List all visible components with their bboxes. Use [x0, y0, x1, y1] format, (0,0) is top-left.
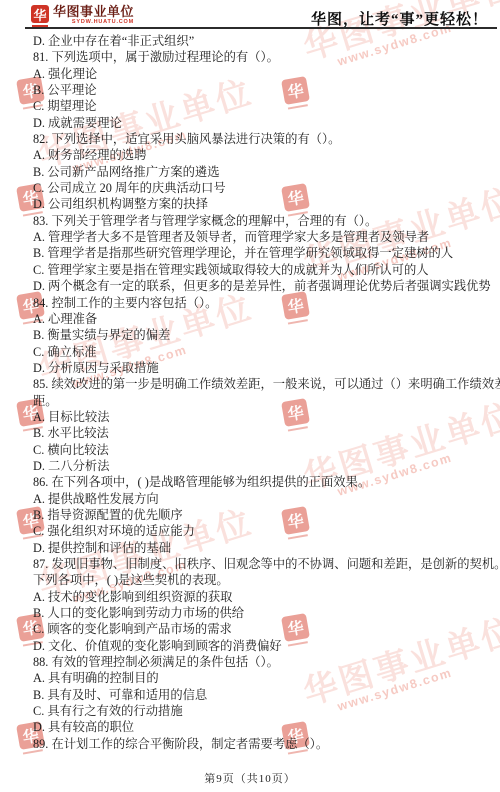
text-line: 86. 在下列各项中，( )是战略管理能够为组织提供的正面效果。 — [33, 474, 490, 490]
logo-glyph: 华 — [33, 5, 46, 24]
huatu-logo: 华 华图事业单位 SYDW.HUATU.COM — [31, 5, 134, 25]
text-line: 下列各项中，( )是这些契机的表现。 — [33, 572, 490, 588]
text-line: A. 心理准备 — [33, 311, 490, 327]
text-line: B. 具有及时、可靠和适用的信息 — [33, 687, 490, 703]
text-line: C. 确立标准 — [33, 344, 490, 360]
header-slogan: 华图，让考“事”更轻松！ — [311, 8, 488, 29]
text-line: D. 文化、价值观的变化影响到顾客的消费偏好 — [33, 638, 490, 654]
text-line: A. 财务部经理的选聘 — [33, 147, 490, 163]
page-footer: 第9页（共10页） — [0, 770, 500, 786]
text-line: A. 技术的变化影响到组织资源的获取 — [33, 589, 490, 605]
logo-name: 华图事业单位 — [53, 5, 134, 18]
logo-text-block: 华图事业单位 SYDW.HUATU.COM — [53, 5, 134, 25]
text-line: A. 提供战略性发展方向 — [33, 491, 490, 507]
logo-domain: SYDW.HUATU.COM — [53, 19, 134, 25]
text-line: C. 管理学家主要是指在管理实践领域取得较大的成就并为人们所认可的人 — [33, 262, 490, 278]
text-line: 88. 有效的管理控制必须满足的条件包括（）。 — [33, 654, 490, 670]
page-number: 第9页（共10页） — [204, 773, 296, 785]
text-line: B. 公平理论 — [33, 82, 490, 98]
text-line: B. 管理学者是指那些研究管理学理论，并在管理学研究领域取得一定建树的人 — [33, 245, 490, 261]
text-line: C. 顾客的变化影响到产品市场的需求 — [33, 621, 490, 637]
text-line: B. 公司新产品网络推广方案的遴选 — [33, 164, 490, 180]
text-line: A. 目标比较法 — [33, 409, 490, 425]
text-line: D. 分析原因与采取措施 — [33, 360, 490, 376]
text-line: C. 公司成立 20 周年的庆典活动口号 — [33, 180, 490, 196]
text-line: A. 强化理论 — [33, 66, 490, 82]
text-line: B. 人口的变化影响到劳动力市场的供给 — [33, 605, 490, 621]
text-line: B. 衡量实绩与界定的偏差 — [33, 327, 490, 343]
text-line: D. 二八分析法 — [33, 458, 490, 474]
text-line: 81. 下列选项中，属于激励过程理论的有（）。 — [33, 49, 490, 65]
text-line: 87. 发现旧事物、旧制度、旧秩序、旧观念等中的不协调、问题和差距，是创新的契机… — [33, 556, 490, 572]
text-line: D. 成就需要理论 — [33, 115, 490, 131]
text-line: C. 强化组织对环境的适应能力 — [33, 523, 490, 539]
text-line: C. 具有行之有效的行动措施 — [33, 703, 490, 719]
text-line: 89. 在计划工作的综合平衡阶段，制定者需要考虑（）。 — [33, 736, 490, 752]
text-line: 83. 下列关于管理学者与管理学家概念的理解中，合理的有（）。 — [33, 213, 490, 229]
text-line: D. 企业中存在着“非正式组织” — [33, 33, 490, 49]
text-line: 84. 控制工作的主要内容包括（）。 — [33, 295, 490, 311]
exam-page: 华华华图事业单位www.sydw8.com华华华图事业单位www.sydw8.c… — [0, 0, 500, 792]
text-line: C. 期望理论 — [33, 98, 490, 114]
text-line: 距。 — [33, 393, 490, 409]
text-line: B. 指导资源配置的优先顺序 — [33, 507, 490, 523]
text-line: D. 两个概念有一定的联系，但更多的是差异性，前者强调理论优势后者强调实践优势 — [33, 278, 490, 294]
text-line: A. 具有明确的控制目的 — [33, 670, 490, 686]
huatu-logo-icon: 华 — [31, 5, 49, 23]
text-line: B. 水平比较法 — [33, 425, 490, 441]
text-line: D. 具有较高的职位 — [33, 719, 490, 735]
text-line: D. 公司组织机构调整方案的抉择 — [33, 196, 490, 212]
text-line: C. 横向比较法 — [33, 442, 490, 458]
question-lines: D. 企业中存在着“非正式组织”81. 下列选项中，属于激励过程理论的有（）。A… — [33, 33, 490, 752]
text-line: 82. 下列选择中，适宜采用头脑风暴法进行决策的有（）。 — [33, 131, 490, 147]
text-line: 85. 续效改进的第一步是明确工作绩效差距，一般来说，可以通过（）来明确工作绩效… — [33, 376, 490, 392]
header-divider — [25, 27, 497, 29]
text-line: D. 提供控制和评估的基础 — [33, 540, 490, 556]
text-line: A. 管理学者大多不是管理者及领导者，而管理学家大多是管理者及领导者 — [33, 229, 490, 245]
